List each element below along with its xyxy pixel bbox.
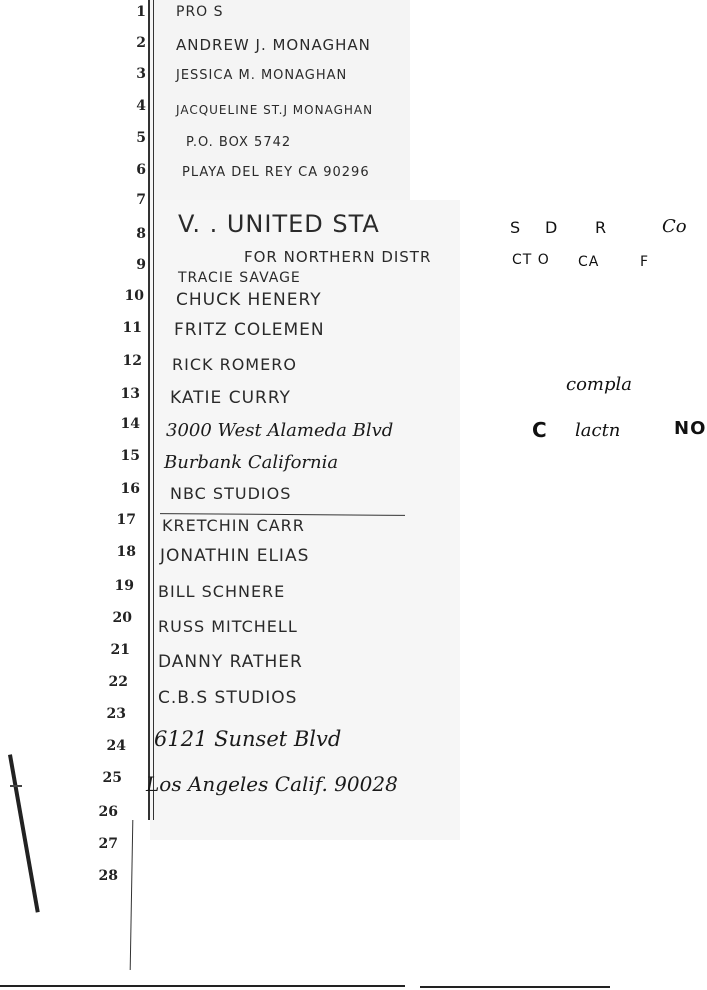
line-number: 27 <box>92 836 118 852</box>
line-number: 6 <box>120 162 146 178</box>
defendant-name: BILL SCHNERE <box>158 582 285 601</box>
studio-name: C.B.S STUDIOS <box>158 688 297 708</box>
line-number: 22 <box>102 674 128 690</box>
defendant-address: Burbank California <box>164 452 338 473</box>
line-number: 21 <box>104 642 130 658</box>
defendant-address: 3000 West Alameda Blvd <box>166 420 393 441</box>
side-note-class-action: lactn <box>575 420 620 441</box>
defendant-name: RUSS MITCHELL <box>158 617 298 636</box>
line-number: 12 <box>116 353 142 369</box>
line-number: 20 <box>106 610 132 626</box>
court-caption-fragment: R <box>595 218 607 237</box>
side-note-number: NO <box>674 418 706 439</box>
defendant-name: JONATHIN ELIAS <box>160 546 309 566</box>
line-number: 28 <box>92 868 118 884</box>
line-number: 3 <box>120 66 146 82</box>
court-caption-fragment: D <box>545 218 558 237</box>
line-number: 2 <box>120 35 146 51</box>
court-caption-line-2: FOR NORTHERN DISTR <box>244 248 431 266</box>
plaintiff-name: JESSICA M. MONAGHAN <box>176 68 347 83</box>
line-number: 4 <box>120 98 146 114</box>
line-number: 9 <box>120 257 146 273</box>
studio-name: NBC STUDIOS <box>170 484 291 503</box>
address-line-1: P.O. BOX 5742 <box>186 135 291 150</box>
court-caption-fragment: S <box>510 218 521 237</box>
line-number: 11 <box>116 320 142 336</box>
pleading-rule-lower <box>130 820 134 970</box>
defendant-address: Los Angeles Calif. 90028 <box>146 772 398 796</box>
line-number: 16 <box>114 481 140 497</box>
defendant-address: 6121 Sunset Blvd <box>154 727 341 751</box>
line-number: 8 <box>120 226 146 242</box>
line-number: 23 <box>100 706 126 722</box>
defendant-name: TRACIE SAVAGE <box>178 270 301 286</box>
court-caption-fragment: Co <box>662 216 687 237</box>
defendant-name: RICK ROMERO <box>172 355 297 374</box>
side-note-complaint: compla <box>566 374 632 395</box>
line-number: 17 <box>110 512 136 528</box>
pleading-rule-outer <box>148 0 150 820</box>
line-number: 19 <box>108 578 134 594</box>
line-number: 26 <box>92 804 118 820</box>
plaintiff-name: ANDREW J. MONAGHAN <box>176 36 371 54</box>
line-number: 10 <box>118 288 144 304</box>
line-number: 25 <box>96 770 122 786</box>
court-caption-fragment: CA <box>578 254 599 270</box>
address-line-2: PLAYA DEL REY CA 90296 <box>182 165 370 180</box>
court-caption-fragment: F <box>640 254 649 270</box>
defendant-name: KRETCHIN CARR <box>162 516 305 535</box>
line-number: 14 <box>114 416 140 432</box>
line-number: 13 <box>114 386 140 402</box>
side-note-class-prefix: C <box>532 418 548 442</box>
footer-rule-left <box>0 985 405 987</box>
court-caption-line-1: V. . UNITED STA <box>178 210 380 238</box>
line-number: 24 <box>100 738 126 754</box>
footer-rule-right <box>420 986 610 988</box>
pleading-page: 1234567891011121314151617181920212223242… <box>0 0 707 990</box>
defendant-name: KATIE CURRY <box>170 388 291 408</box>
plaintiff-name: JACQUELINE ST.J MONAGHAN <box>176 103 373 117</box>
line-number: 7 <box>120 192 146 208</box>
margin-tick <box>10 785 22 787</box>
line-number: 5 <box>120 130 146 146</box>
defendant-name: DANNY RATHER <box>158 652 303 672</box>
margin-mark <box>8 754 40 912</box>
pro-se-label: PRO S <box>176 4 224 20</box>
line-number: 1 <box>120 4 146 20</box>
pleading-rule-inner <box>153 0 154 820</box>
defendant-name: CHUCK HENERY <box>176 290 322 310</box>
line-number: 15 <box>114 448 140 464</box>
defendant-name: FRITZ COLEMEN <box>174 320 325 340</box>
court-caption-fragment: CT O <box>512 252 550 268</box>
line-number: 18 <box>110 544 136 560</box>
